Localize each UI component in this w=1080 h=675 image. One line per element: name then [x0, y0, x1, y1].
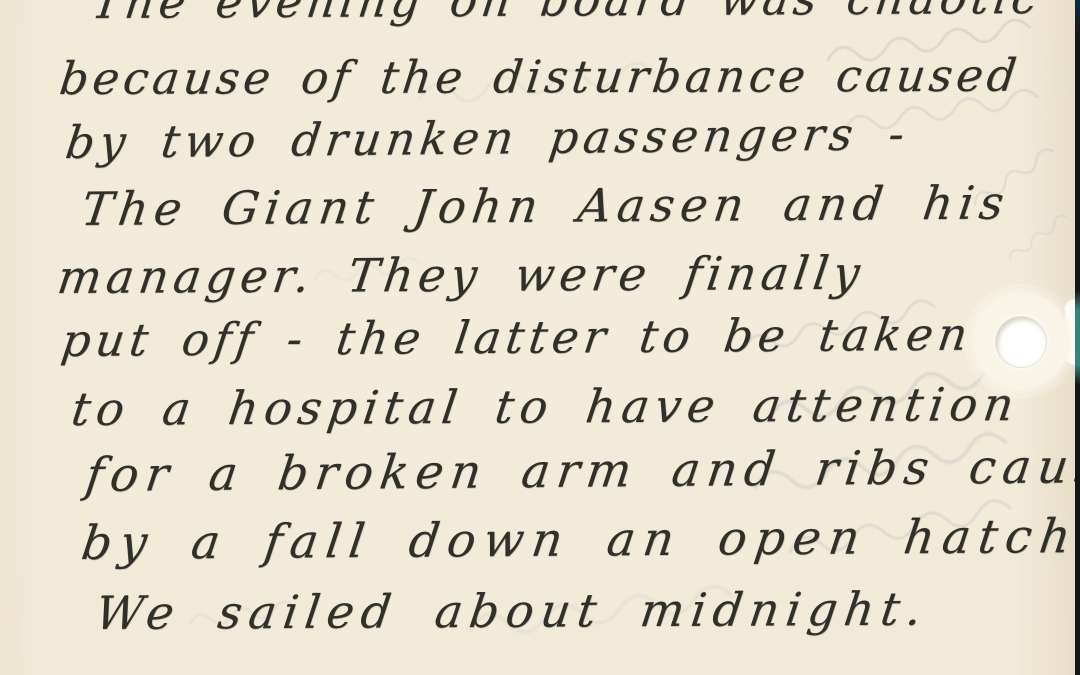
- handwriting-line-7: to a hospital to have attention: [69, 381, 1023, 432]
- handwriting-line-9: by a fall down an open hatch -: [79, 513, 1080, 567]
- scanned-letter-page: The evening on board was chaotic because…: [0, 0, 1080, 675]
- handwriting-line-2: because of the disturbance caused: [57, 53, 1022, 101]
- ghost-ink-stroke: [1005, 213, 1069, 262]
- handwriting-line-6: put off - the latter to be taken: [59, 312, 975, 363]
- handwriting-line-10: We sailed about midnight.: [93, 586, 932, 636]
- scan-edge-strip: [1075, 0, 1080, 675]
- handwriting-line-5: manager. They were finally: [55, 250, 868, 300]
- punch-hole: [996, 317, 1046, 367]
- handwriting-line-3: by two drunken passengers -: [63, 111, 912, 165]
- handwriting-line-4: The Giant John Aasen and his: [79, 180, 1013, 232]
- handwriting-line-1: The evening on board was chaotic: [89, 0, 1043, 25]
- handwriting-line-8: for a broken arm and ribs caused: [83, 442, 1080, 499]
